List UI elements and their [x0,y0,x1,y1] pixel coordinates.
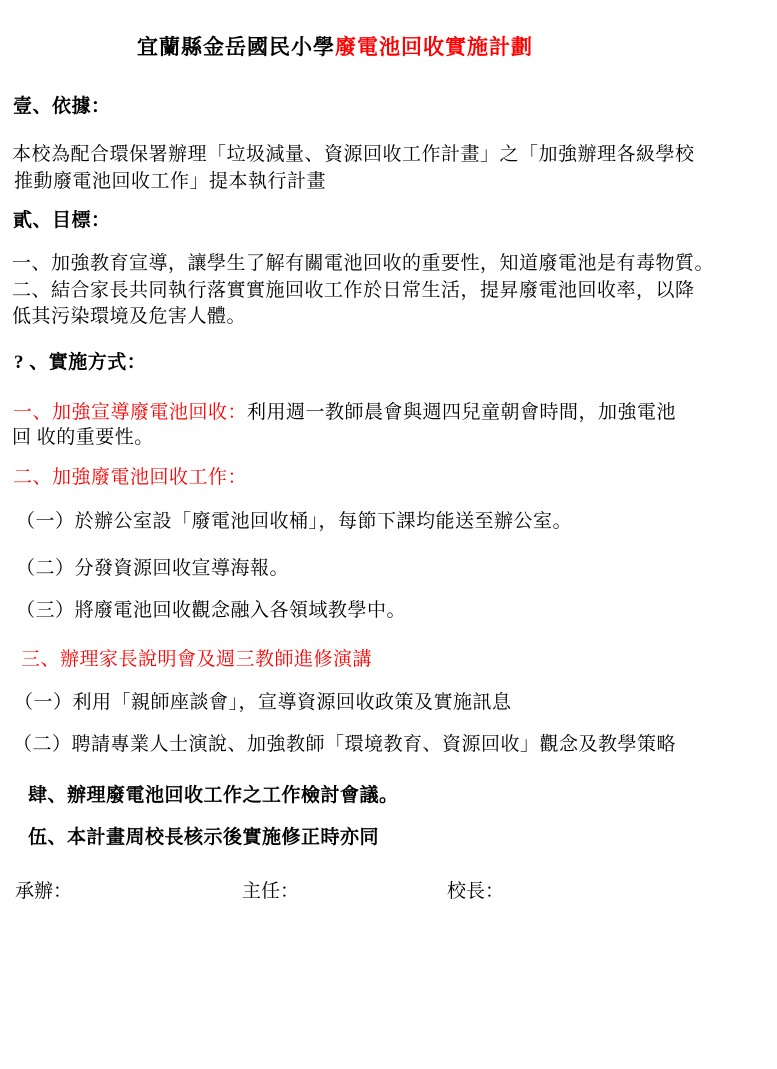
section-heading-approval: 伍、本計畫周校長核示後實施修正時亦同 [28,828,379,848]
method-2-item-3: （三）將廢電池回收觀念融入各領域教學中。 [16,601,406,621]
signature-label-principal: 校長： [447,876,504,903]
document-title-school: 宜蘭縣金岳國民小學 [137,35,335,59]
basis-paragraph-line1: 本校為配合環保署辦理「垃圾減量、資源回收工作計畫」之「加強辦理各級學校 [12,145,695,165]
section-heading-methods: ? 、實施方式： [14,353,146,373]
signature-label-director: 主任： [242,876,299,903]
goals-item-1: 一、加強教育宣導，讓學生了解有關電池回收的重要性，知道廢電池是有毒物質。 [12,254,714,274]
goals-item-2-line2: 低其污染環境及危害人體。 [12,307,246,327]
section-heading-review: 肆、辦理廢電池回收工作之工作檢討會議。 [28,786,399,806]
section-heading-goals: 貳、目標： [13,211,111,231]
signature-label-handler: 承辦： [15,876,72,903]
method-2-item-2: （二）分發資源回收宣導海報。 [16,559,289,579]
method-3-heading: 三、辦理家長說明會及週三教師進修演講 [21,650,372,670]
method-2-heading: 二、加強廢電池回收工作： [13,468,247,488]
document-title-subject: 廢電池回收實施計劃 [335,35,533,59]
method-1-label: 一、加強宣導廢電池回收： [13,402,247,423]
method-1-text: 利用週一教師晨會與週四兒童朝會時間，加強電池 [247,402,676,423]
method-3-item-1: （一）利用「親師座談會」，宣導資源回收政策及實施訊息 [14,693,512,713]
document-title: 宜蘭縣金岳國民小學廢電池回收實施計劃 [137,36,533,58]
method-3-item-2: （二）聘請專業人士演說、加強教師「環境教育、資源回收」觀念及教學策略 [13,735,676,755]
method-1-line2: 回 收的重要性。 [12,428,154,448]
method-2-item-1: （一）於辦公室設「廢電池回收桶」，每節下課均能送至辦公室。 [16,512,572,532]
document-page: 宜蘭縣金岳國民小學廢電池回收實施計劃 壹、依據： 本校為配合環保署辦理「垃圾減量… [0,0,777,1069]
section-heading-basis: 壹、依據： [13,97,111,117]
method-1-line1: 一、加強宣導廢電池回收：利用週一教師晨會與週四兒童朝會時間，加強電池 [13,403,676,423]
goals-item-2-line1: 二、結合家長共同執行落實實施回收工作於日常生活，提昇廢電池回收率，以降 [12,281,695,301]
basis-paragraph-line2: 推動廢電池回收工作」提本執行計畫 [14,172,326,192]
